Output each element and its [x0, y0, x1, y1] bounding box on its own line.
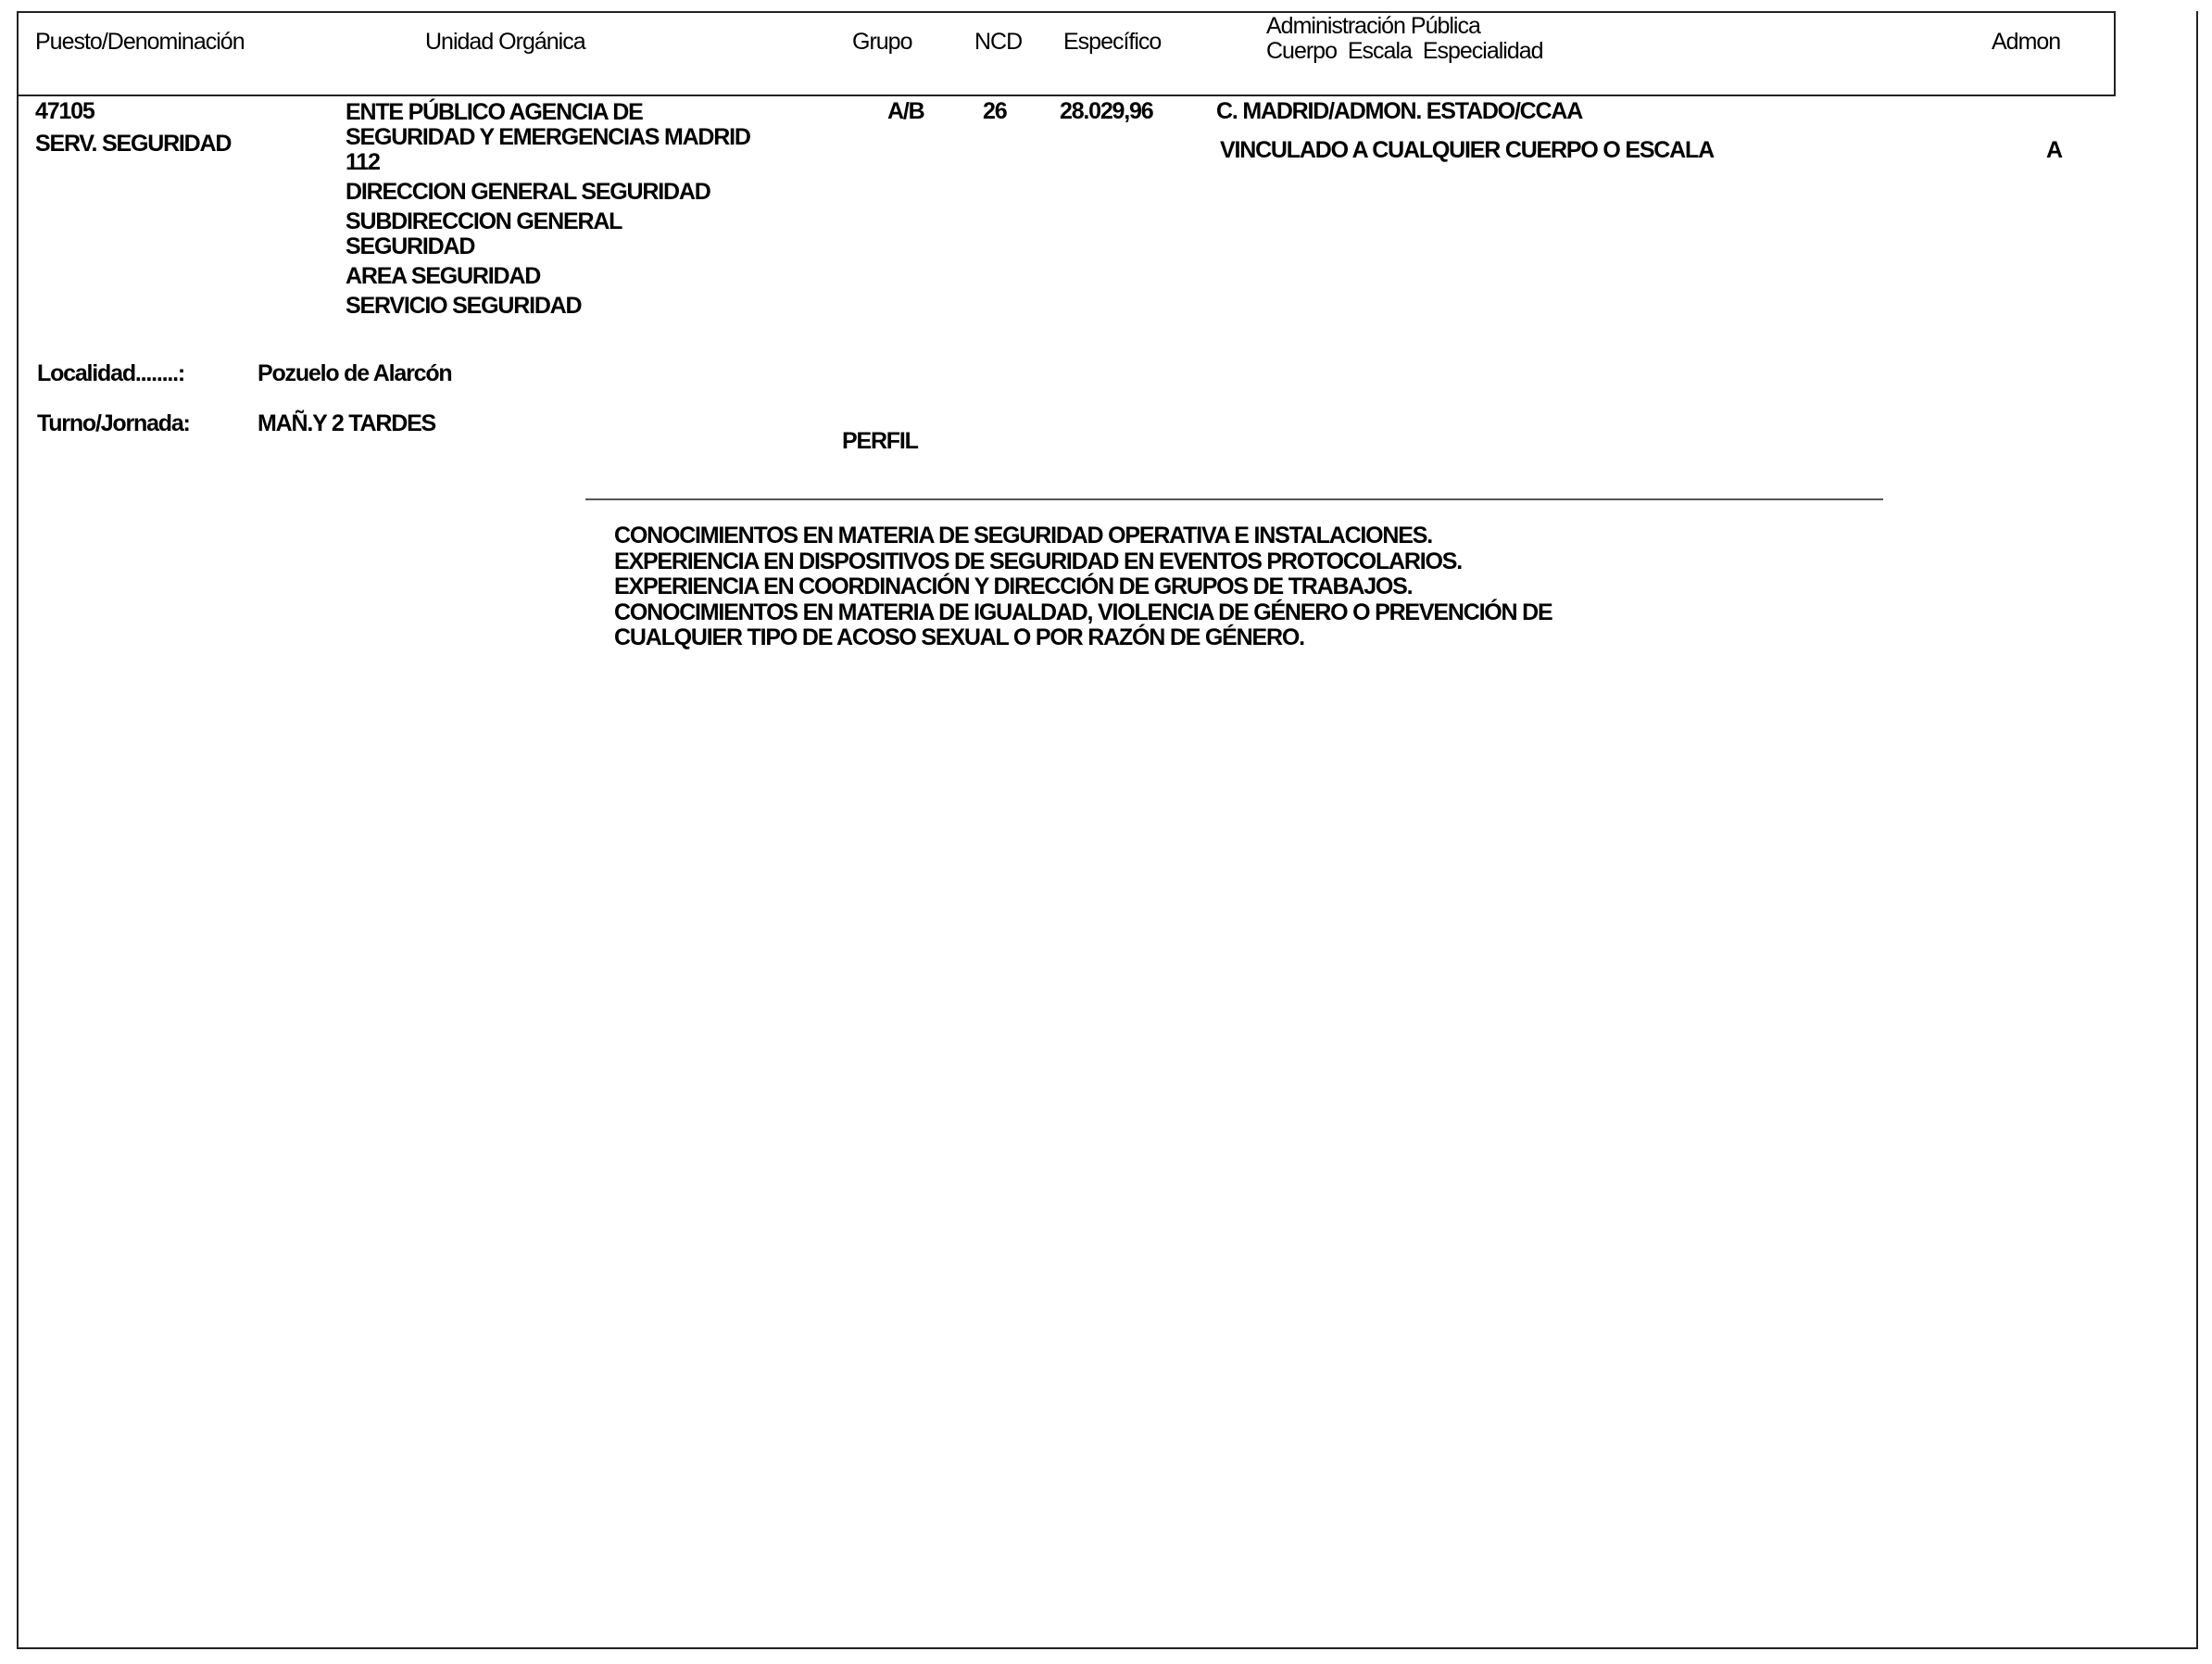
- header-admin-publica: Administración Pública: [1266, 13, 1480, 40]
- unidad-level-5: SERVICIO SEGURIDAD: [346, 294, 750, 319]
- page-frame: [17, 11, 2198, 1649]
- unidad-level-3: SUBDIRECCION GENERAL SEGURIDAD: [346, 209, 750, 259]
- perfil-label: PERFIL: [842, 428, 918, 455]
- especifico-value: 28.029,96: [1060, 98, 1152, 125]
- perfil-description: CONOCIMIENTOS EN MATERIA DE SEGURIDAD OP…: [614, 523, 1552, 651]
- administracion-value: C. MADRID/ADMON. ESTADO/CCAA: [1216, 98, 1582, 125]
- admon-value: A: [2046, 137, 2062, 164]
- header-admon: Admon: [1992, 29, 2060, 56]
- turno-value: MAÑ.Y 2 TARDES: [258, 410, 435, 437]
- puesto-codigo: 47105: [35, 98, 94, 125]
- perfil-line: EXPERIENCIA EN DISPOSITIVOS DE SEGURIDAD…: [614, 549, 1552, 575]
- unidad-organica: ENTE PÚBLICO AGENCIA DE SEGURIDAD Y EMER…: [346, 100, 750, 323]
- perfil-line: CONOCIMIENTOS EN MATERIA DE SEGURIDAD OP…: [614, 523, 1552, 549]
- unidad-level-1: ENTE PÚBLICO AGENCIA DE SEGURIDAD Y EMER…: [346, 100, 750, 175]
- header-ncd: NCD: [974, 29, 1022, 56]
- perfil-line: EXPERIENCIA EN COORDINACIÓN Y DIRECCIÓN …: [614, 574, 1552, 600]
- localidad-label: Localidad........:: [37, 360, 184, 387]
- unidad-level-2: DIRECCION GENERAL SEGURIDAD: [346, 180, 750, 205]
- header-especifico: Específico: [1063, 29, 1161, 56]
- header-cuerpo-escala: Cuerpo Escala Especialidad: [1266, 38, 1543, 65]
- turno-label: Turno/Jornada:: [37, 410, 190, 437]
- header-unidad: Unidad Orgánica: [425, 29, 585, 56]
- localidad-value: Pozuelo de Alarcón: [258, 360, 451, 387]
- grupo-value: A/B: [887, 98, 924, 125]
- perfil-line: CONOCIMIENTOS EN MATERIA DE IGUALDAD, VI…: [614, 600, 1552, 626]
- puesto-denominacion: SERV. SEGURIDAD: [35, 131, 231, 158]
- perfil-line: CUALQUIER TIPO DE ACOSO SEXUAL O POR RAZ…: [614, 625, 1552, 651]
- ncd-value: 26: [983, 98, 1006, 125]
- cuerpo-value: VINCULADO A CUALQUIER CUERPO O ESCALA: [1220, 137, 1714, 164]
- header-grupo: Grupo: [852, 29, 911, 56]
- unidad-level-4: AREA SEGURIDAD: [346, 264, 750, 289]
- perfil-divider: [585, 498, 1883, 500]
- header-puesto: Puesto/Denominación: [35, 29, 245, 56]
